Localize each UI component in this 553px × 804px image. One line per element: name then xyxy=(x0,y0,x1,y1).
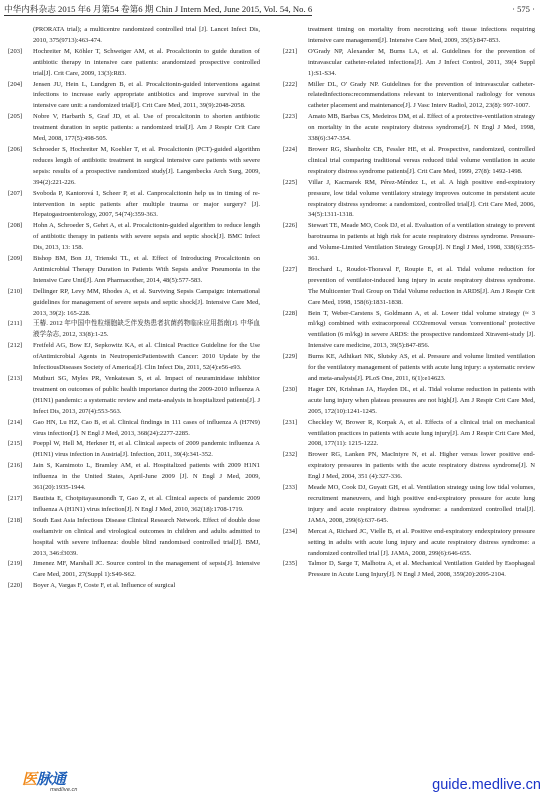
reference-item: [214]Gao HN, Lu HZ, Cao B, et al. Clinic… xyxy=(14,418,260,440)
reference-number: [208] xyxy=(8,221,22,232)
medlive-logo[interactable]: 医脉通 medlive.cn xyxy=(22,771,82,797)
reference-number: [211] xyxy=(8,319,22,330)
reference-text: Schroeder S, Hochreiter M, Koehler T, et… xyxy=(33,146,260,186)
reference-continuation: treatment timing on mortality from necro… xyxy=(289,25,535,47)
reference-item: [215]Poeppl W, Hell M, Herkner H, et al.… xyxy=(14,439,260,461)
reference-text: Brochard L, Roudot-Thoraval F, Roupie E,… xyxy=(308,266,535,306)
reference-text: Stewart TE, Meade MO, Cook DJ, et al. Ev… xyxy=(308,222,535,262)
reference-item: [226]Stewart TE, Meade MO, Cook DJ, et a… xyxy=(289,221,535,265)
left-column-references: (PRORATA trial); a multicentre randomize… xyxy=(14,25,260,592)
reference-text: Amato MB, Barbas CS, Medeiros DM, et al.… xyxy=(308,113,535,142)
reference-number: [215] xyxy=(8,439,22,450)
reference-item: [212]Freifeld AG, Bow EJ, Sepkowitz KA, … xyxy=(14,341,260,374)
reference-list-left: [203]Hochreiter M, Köhler T, Schweiger A… xyxy=(14,47,260,592)
reference-text: Talmor D, Sarge T, Malhotra A, et al. Me… xyxy=(308,560,535,578)
reference-number: [205] xyxy=(8,112,22,123)
reference-item: [210]Dellinger RP, Levy MM, Rhodes A, et… xyxy=(14,287,260,320)
reference-number: [204] xyxy=(8,80,22,91)
reference-number: [229] xyxy=(283,352,297,363)
reference-number: [235] xyxy=(283,559,297,570)
reference-number: [230] xyxy=(283,385,297,396)
reference-item: [220]Boyer A, Vargas F, Coste F, et al. … xyxy=(14,581,260,592)
reference-text: Hochreiter M, Köhler T, Schweiger AM, et… xyxy=(33,48,260,77)
reference-text: Bautista E, Chotpitayasunondh T, Gao Z, … xyxy=(33,495,260,513)
reference-text: South East Asia Infectious Disease Clini… xyxy=(33,517,260,557)
reference-text: Villar J, Kacmarek RM, Pérez-Méndez L, e… xyxy=(308,179,535,219)
reference-text: Bein T, Weber-Carstens S, Goldmann A, et… xyxy=(308,310,535,350)
logo-subtitle: medlive.cn xyxy=(50,787,77,793)
reference-item: [203]Hochreiter M, Köhler T, Schweiger A… xyxy=(14,47,260,80)
reference-item: [218]South East Asia Infectious Disease … xyxy=(14,516,260,560)
reference-number: [218] xyxy=(8,516,22,527)
reference-item: [235]Talmor D, Sarge T, Malhotra A, et a… xyxy=(289,559,535,581)
reference-number: [225] xyxy=(283,178,297,189)
reference-text: Jimenez MF, Marshall JC. Source control … xyxy=(33,560,260,578)
reference-item: [217]Bautista E, Chotpitayasunondh T, Ga… xyxy=(14,494,260,516)
reference-continuation: (PRORATA trial); a multicentre randomize… xyxy=(14,25,260,47)
logo-mark-icon: 医 xyxy=(22,770,37,788)
reference-text: Svoboda P, Kantorová I, Scheer P, et al.… xyxy=(33,190,260,219)
reference-item: [231]Checkley W, Brower R, Korpak A, et … xyxy=(289,418,535,451)
reference-item: [222]Miller DL, O' Grady NP. Guidelines … xyxy=(289,80,535,113)
reference-item: [234]Mercat A, Richard JC, Vielle B, et … xyxy=(289,527,535,560)
reference-number: [203] xyxy=(8,47,22,58)
page-number: · 575 · xyxy=(512,3,535,15)
reference-number: [212] xyxy=(8,341,22,352)
reference-item: [209]Bishop BM, Bon JJ, Trienski TL, et … xyxy=(14,254,260,287)
reference-number: [221] xyxy=(283,47,297,58)
reference-item: [233]Meade MO, Cook DJ, Guyatt GH, et al… xyxy=(289,483,535,527)
reference-number: [226] xyxy=(283,221,297,232)
reference-item: [228]Bein T, Weber-Carstens S, Goldmann … xyxy=(289,309,535,353)
reference-number: [219] xyxy=(8,559,22,570)
reference-text: Mercat A, Richard JC, Vielle B, et al. P… xyxy=(308,528,535,557)
reference-number: [222] xyxy=(283,80,297,91)
reference-number: [216] xyxy=(8,461,22,472)
reference-text: 王椿. 2012 年中国中性粒细胞缺乏伴发热患者抗菌药物临床应用指南[J]. 中… xyxy=(33,320,260,338)
reference-number: [224] xyxy=(283,145,297,156)
reference-text: Jensen JU, Hein L, Lundgren B, et al. Pr… xyxy=(33,81,260,110)
reference-text: Miller DL, O' Grady NP. Guidelines for t… xyxy=(308,81,535,110)
reference-item: [229]Burns KE, Adhikari NK, Slutsky AS, … xyxy=(289,352,535,385)
reference-text: Freifeld AG, Bow EJ, Sepkowitz KA, et al… xyxy=(33,342,260,371)
reference-text: Hager DN, Krishnan JA, Hayden DL, et al.… xyxy=(308,386,535,415)
reference-number: [232] xyxy=(283,450,297,461)
reference-text: Burns KE, Adhikari NK, Slutsky AS, et al… xyxy=(308,353,535,382)
reference-item: [232]Brower RG, Lanken PN, MacIntyre N, … xyxy=(289,450,535,483)
reference-text: Jain S, Kamimoto L, Bramley AM, et al. H… xyxy=(33,462,260,491)
reference-item: [216]Jain S, Kamimoto L, Bramley AM, et … xyxy=(14,461,260,494)
site-url-link[interactable]: guide.medlive.cn xyxy=(432,777,541,793)
reference-text: Brower RG, Lanken PN, MacIntyre N, et al… xyxy=(308,451,535,480)
reference-item: [206]Schroeder S, Hochreiter M, Koehler … xyxy=(14,145,260,189)
reference-number: [217] xyxy=(8,494,22,505)
reference-number: [233] xyxy=(283,483,297,494)
reference-item: [219]Jimenez MF, Marshall JC. Source con… xyxy=(14,559,260,581)
reference-text: Dellinger RP, Levy MM, Rhodes A, et al. … xyxy=(33,288,260,317)
reference-item: [230]Hager DN, Krishnan JA, Hayden DL, e… xyxy=(289,385,535,418)
reference-item: [225]Villar J, Kacmarek RM, Pérez-Méndez… xyxy=(289,178,535,222)
reference-text: Gao HN, Lu HZ, Cao B, et al. Clinical fi… xyxy=(33,419,260,437)
reference-number: [209] xyxy=(8,254,22,265)
reference-text: Bishop BM, Bon JJ, Trienski TL, et al. E… xyxy=(33,255,260,284)
reference-text: Muthuri SG, Myles PR, Venkatesan S, et a… xyxy=(33,375,260,415)
logo-wordmark: 医脉通 xyxy=(22,771,82,787)
right-column-references: treatment timing on mortality from necro… xyxy=(289,25,535,581)
reference-list-right: [221]O'Grady NP, Alexander M, Burns LA, … xyxy=(289,47,535,581)
reference-number: [227] xyxy=(283,265,297,276)
journal-citation-header: 中华内科杂志 2015 年6 月第54 卷第6 期 Chin J Intern … xyxy=(4,3,312,16)
reference-item: [213]Muthuri SG, Myles PR, Venkatesan S,… xyxy=(14,374,260,418)
page-header: 中华内科杂志 2015 年6 月第54 卷第6 期 Chin J Intern … xyxy=(4,3,549,17)
reference-number: [210] xyxy=(8,287,22,298)
reference-number: [231] xyxy=(283,418,297,429)
reference-number: [228] xyxy=(283,309,297,320)
reference-text: O'Grady NP, Alexander M, Burns LA, et al… xyxy=(308,48,535,77)
reference-number: [207] xyxy=(8,189,22,200)
reference-text: Meade MO, Cook DJ, Guyatt GH, et al. Ven… xyxy=(308,484,535,524)
reference-text: Poeppl W, Hell M, Herkner H, et al. Clin… xyxy=(33,440,260,458)
reference-text: Brower RG, Shanholtz CB, Fessler HE, et … xyxy=(308,146,535,175)
reference-text: Nobre V, Harbarth S, Graf JD, et al. Use… xyxy=(33,113,260,142)
reference-number: [214] xyxy=(8,418,22,429)
reference-item: [208]Hohn A, Schroeder S, Gehrt A, et al… xyxy=(14,221,260,254)
reference-item: [223]Amato MB, Barbas CS, Medeiros DM, e… xyxy=(289,112,535,145)
reference-item: [221]O'Grady NP, Alexander M, Burns LA, … xyxy=(289,47,535,80)
reference-text: Hohn A, Schroeder S, Gehrt A, et al. Pro… xyxy=(33,222,260,251)
reference-text: Checkley W, Brower R, Korpak A, et al. E… xyxy=(308,419,535,448)
reference-number: [220] xyxy=(8,581,22,592)
reference-item: [207]Svoboda P, Kantorová I, Scheer P, e… xyxy=(14,189,260,222)
reference-number: [206] xyxy=(8,145,22,156)
reference-item: [211]王椿. 2012 年中国中性粒细胞缺乏伴发热患者抗菌药物临床应用指南[… xyxy=(14,319,260,341)
reference-text: Boyer A, Vargas F, Coste F, et al. Influ… xyxy=(33,582,175,589)
reference-item: [204]Jensen JU, Hein L, Lundgren B, et a… xyxy=(14,80,260,113)
reference-item: [205]Nobre V, Harbarth S, Graf JD, et al… xyxy=(14,112,260,145)
reference-number: [223] xyxy=(283,112,297,123)
reference-number: [213] xyxy=(8,374,22,385)
reference-item: [227]Brochard L, Roudot-Thoraval F, Roup… xyxy=(289,265,535,309)
reference-number: [234] xyxy=(283,527,297,538)
reference-item: [224]Brower RG, Shanholtz CB, Fessler HE… xyxy=(289,145,535,178)
